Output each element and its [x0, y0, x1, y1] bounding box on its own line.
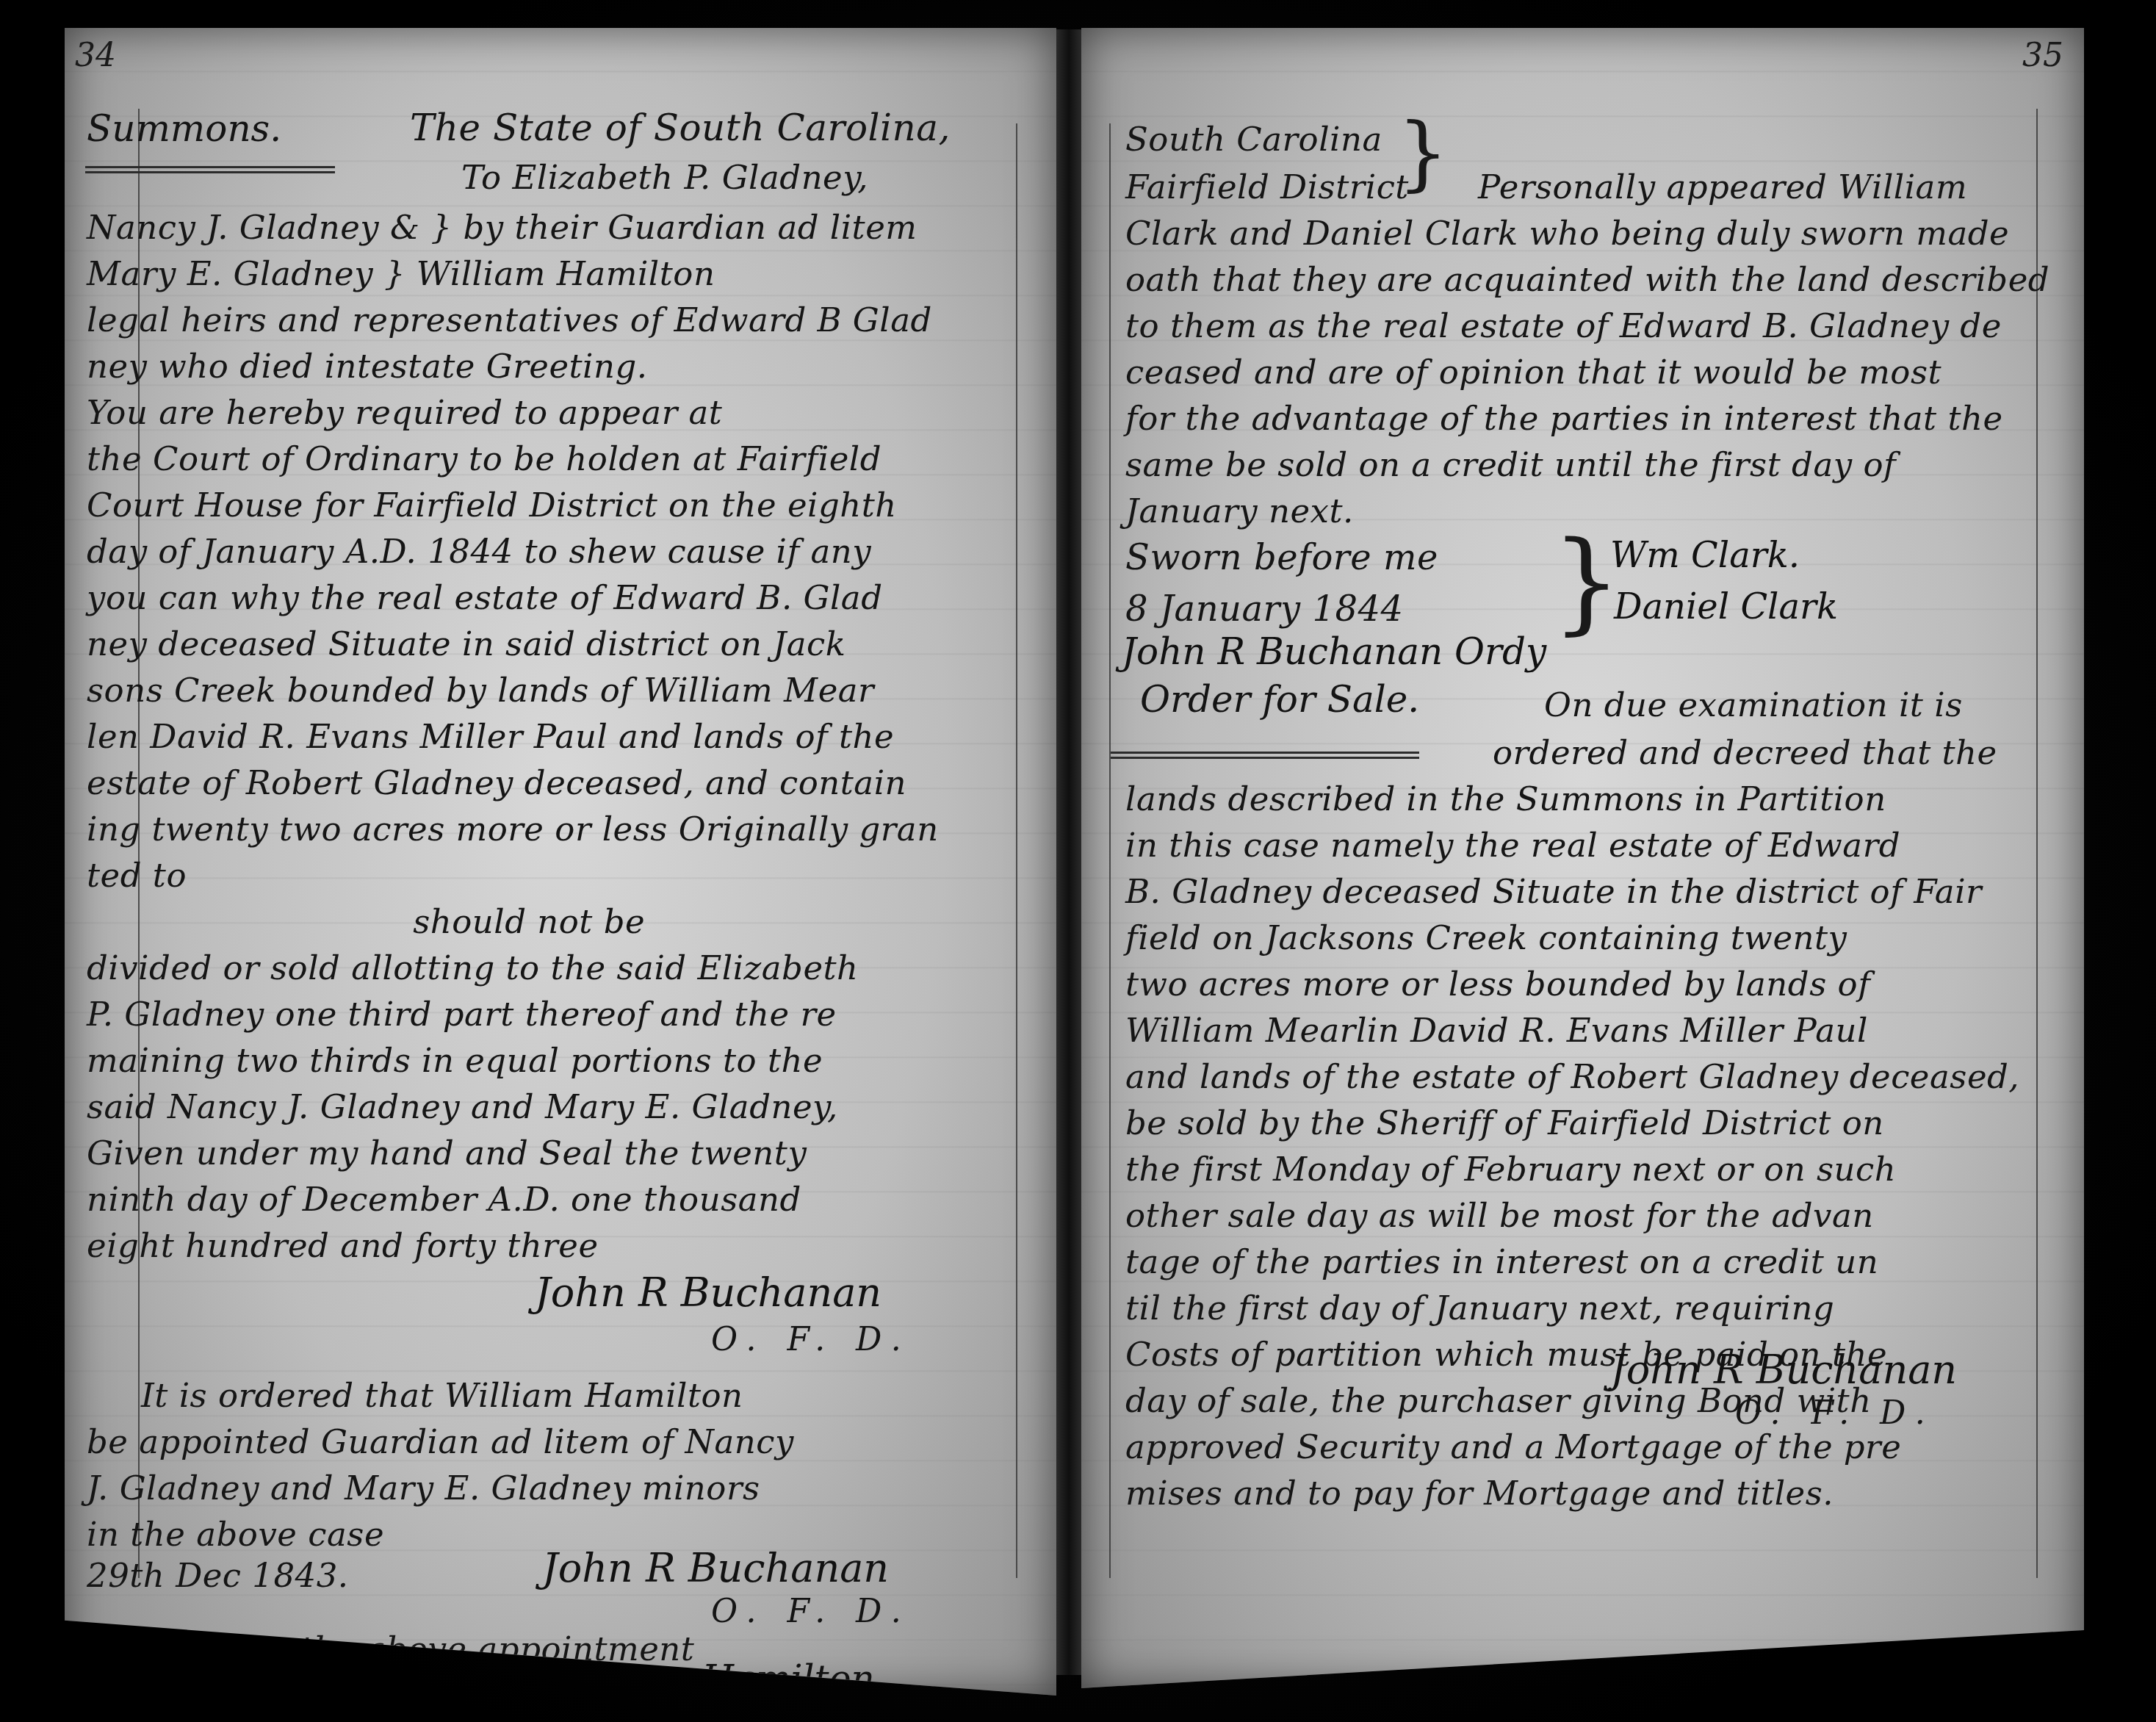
order-line: in this case namely the real estate of E…	[1125, 822, 2019, 868]
body-line: ney deceased Situate in said district on…	[87, 621, 939, 667]
body-line: estate of Robert Gladney deceased, and c…	[87, 760, 939, 806]
affidavit-first-line: Personally appeared William	[1478, 164, 1967, 210]
body-line: divided or sold allotting to the said El…	[87, 945, 939, 991]
page-number-left: 34	[75, 37, 116, 74]
body-line: sons Creek bounded by lands of William M…	[87, 667, 939, 713]
order-line: field on Jacksons Creek containing twent…	[1125, 915, 2019, 961]
state-header: The State of South Carolina,	[410, 105, 951, 151]
addressee-line: To Elizabeth P. Gladney,	[461, 154, 868, 201]
sworn-official: John R Buchanan Ordy	[1122, 630, 1546, 673]
order-line: lands described in the Summons in Partit…	[1125, 776, 2019, 822]
body-line: said Nancy J. Gladney and Mary E. Gladne…	[87, 1084, 939, 1130]
order-date: 29th Dec 1843.	[87, 1552, 349, 1599]
affidavit-line: Clark and Daniel Clark who being duly sw…	[1125, 210, 2049, 256]
body-line: day of January A.D. 1844 to shew cause i…	[87, 528, 939, 574]
heading-double-rule	[85, 166, 335, 173]
affidavit-line: oath that they are acquainted with the l…	[1125, 256, 2049, 303]
body-line: the Court of Ordinary to be holden at Fa…	[87, 436, 939, 482]
signature-title-right: O. F. D.	[1735, 1394, 1936, 1432]
body-line: P. Gladney one third part thereof and th…	[87, 991, 939, 1037]
order-line: and lands of the estate of Robert Gladne…	[1125, 1053, 2019, 1100]
right-margin-rule	[1016, 123, 1017, 1578]
body-line: ing twenty two acres more or less Origin…	[87, 806, 939, 852]
signature-judge-1: John R Buchanan	[535, 1269, 881, 1316]
body-line: ted to	[87, 852, 939, 898]
body-line: Court House for Fairfield District on th…	[87, 482, 939, 528]
order-line: tage of the parties in interest on a cre…	[1125, 1239, 2019, 1285]
venue-brace: }	[1397, 112, 1449, 193]
body-line: eight hundred and forty three	[87, 1222, 939, 1269]
order-line: be sold by the Sheriff of Fairfield Dist…	[1125, 1100, 2019, 1146]
venue-state: South Carolina	[1125, 116, 1382, 162]
sworn-before: Sworn before me	[1125, 535, 1438, 581]
order-line: mises and to pay for Mortgage and titles…	[1125, 1470, 2019, 1516]
summons-heading: Summons.	[87, 107, 281, 150]
body-line: You are hereby required to appear at	[87, 389, 939, 436]
venue-district: Fairfield District	[1125, 164, 1409, 210]
body-line: ninth day of December A.D. one thousand	[87, 1176, 939, 1222]
order-first-line: On due examination it is	[1544, 682, 1963, 728]
order-line: William Mearlin David R. Evans Miller Pa…	[1125, 1007, 2019, 1053]
body-line: ney who died intestate Greeting.	[87, 343, 939, 389]
order-line: the first Monday of February next or on …	[1125, 1146, 2019, 1192]
page-number-right: 35	[2022, 37, 2063, 74]
body-line: legal heirs and representatives of Edwar…	[87, 297, 939, 343]
affidavit-line: for the advantage of the parties in inte…	[1125, 395, 2049, 442]
order-double-rule	[1111, 752, 1419, 759]
signature-title-1: O. F. D.	[711, 1321, 912, 1358]
book-gutter	[1056, 29, 1081, 1675]
summons-body: Nancy J. Gladney & } by their Guardian a…	[87, 204, 939, 1269]
signature-judge-2: John R Buchanan	[542, 1545, 889, 1591]
left-page: 34 Summons. The State of South Carolina,…	[65, 28, 1056, 1696]
deponent-2: Daniel Clark	[1614, 586, 1838, 627]
body-line: len David R. Evans Miller Paul and lands…	[87, 713, 939, 760]
order-line: til the first day of January next, requi…	[1125, 1285, 2019, 1331]
deponent-1: Wm Clark.	[1610, 535, 1800, 576]
affidavit-line: ceased and are of opinion that it would …	[1125, 349, 2049, 395]
body-line: Nancy J. Gladney & } by their Guardian a…	[87, 204, 939, 251]
affidavit-body: Clark and Daniel Clark who being duly sw…	[1125, 210, 2049, 534]
order-line: two acres more or less bounded by lands …	[1125, 961, 2019, 1007]
order-line: J. Gladney and Mary E. Gladney minors	[87, 1465, 794, 1511]
affidavit-line: same be sold on a credit until the first…	[1125, 442, 2049, 488]
order-line: It is ordered that William Hamilton	[87, 1372, 794, 1419]
body-line: you can why the real estate of Edward B.…	[87, 574, 939, 621]
order-for-sale-heading: Order for Sale.	[1140, 678, 1419, 721]
order-line: be appointed Guardian ad litem of Nancy	[87, 1419, 794, 1465]
sworn-date: 8 January 1844	[1125, 586, 1404, 633]
order-line: B. Gladney deceased Situate in the distr…	[1125, 868, 2019, 915]
signature-title-2: O. F. D.	[711, 1593, 912, 1630]
signature-judge-right: John R Buchanan	[1610, 1347, 1957, 1393]
order-line: other sale day as will be most for the a…	[1125, 1192, 2019, 1239]
body-line: Given under my hand and Seal the twenty	[87, 1130, 939, 1176]
right-page: 35 South Carolina Fairfield District } P…	[1081, 28, 2084, 1688]
left-margin-rule	[1109, 123, 1111, 1578]
body-line: maining two thirds in equal portions to …	[87, 1037, 939, 1084]
guardian-order: It is ordered that William Hamilton be a…	[87, 1372, 794, 1557]
body-line: should not be	[87, 898, 939, 945]
body-line: Mary E. Gladney } William Hamilton	[87, 251, 939, 297]
order-line-first: ordered and decreed that the	[1493, 729, 1997, 776]
affidavit-line: to them as the real estate of Edward B. …	[1125, 303, 2049, 349]
